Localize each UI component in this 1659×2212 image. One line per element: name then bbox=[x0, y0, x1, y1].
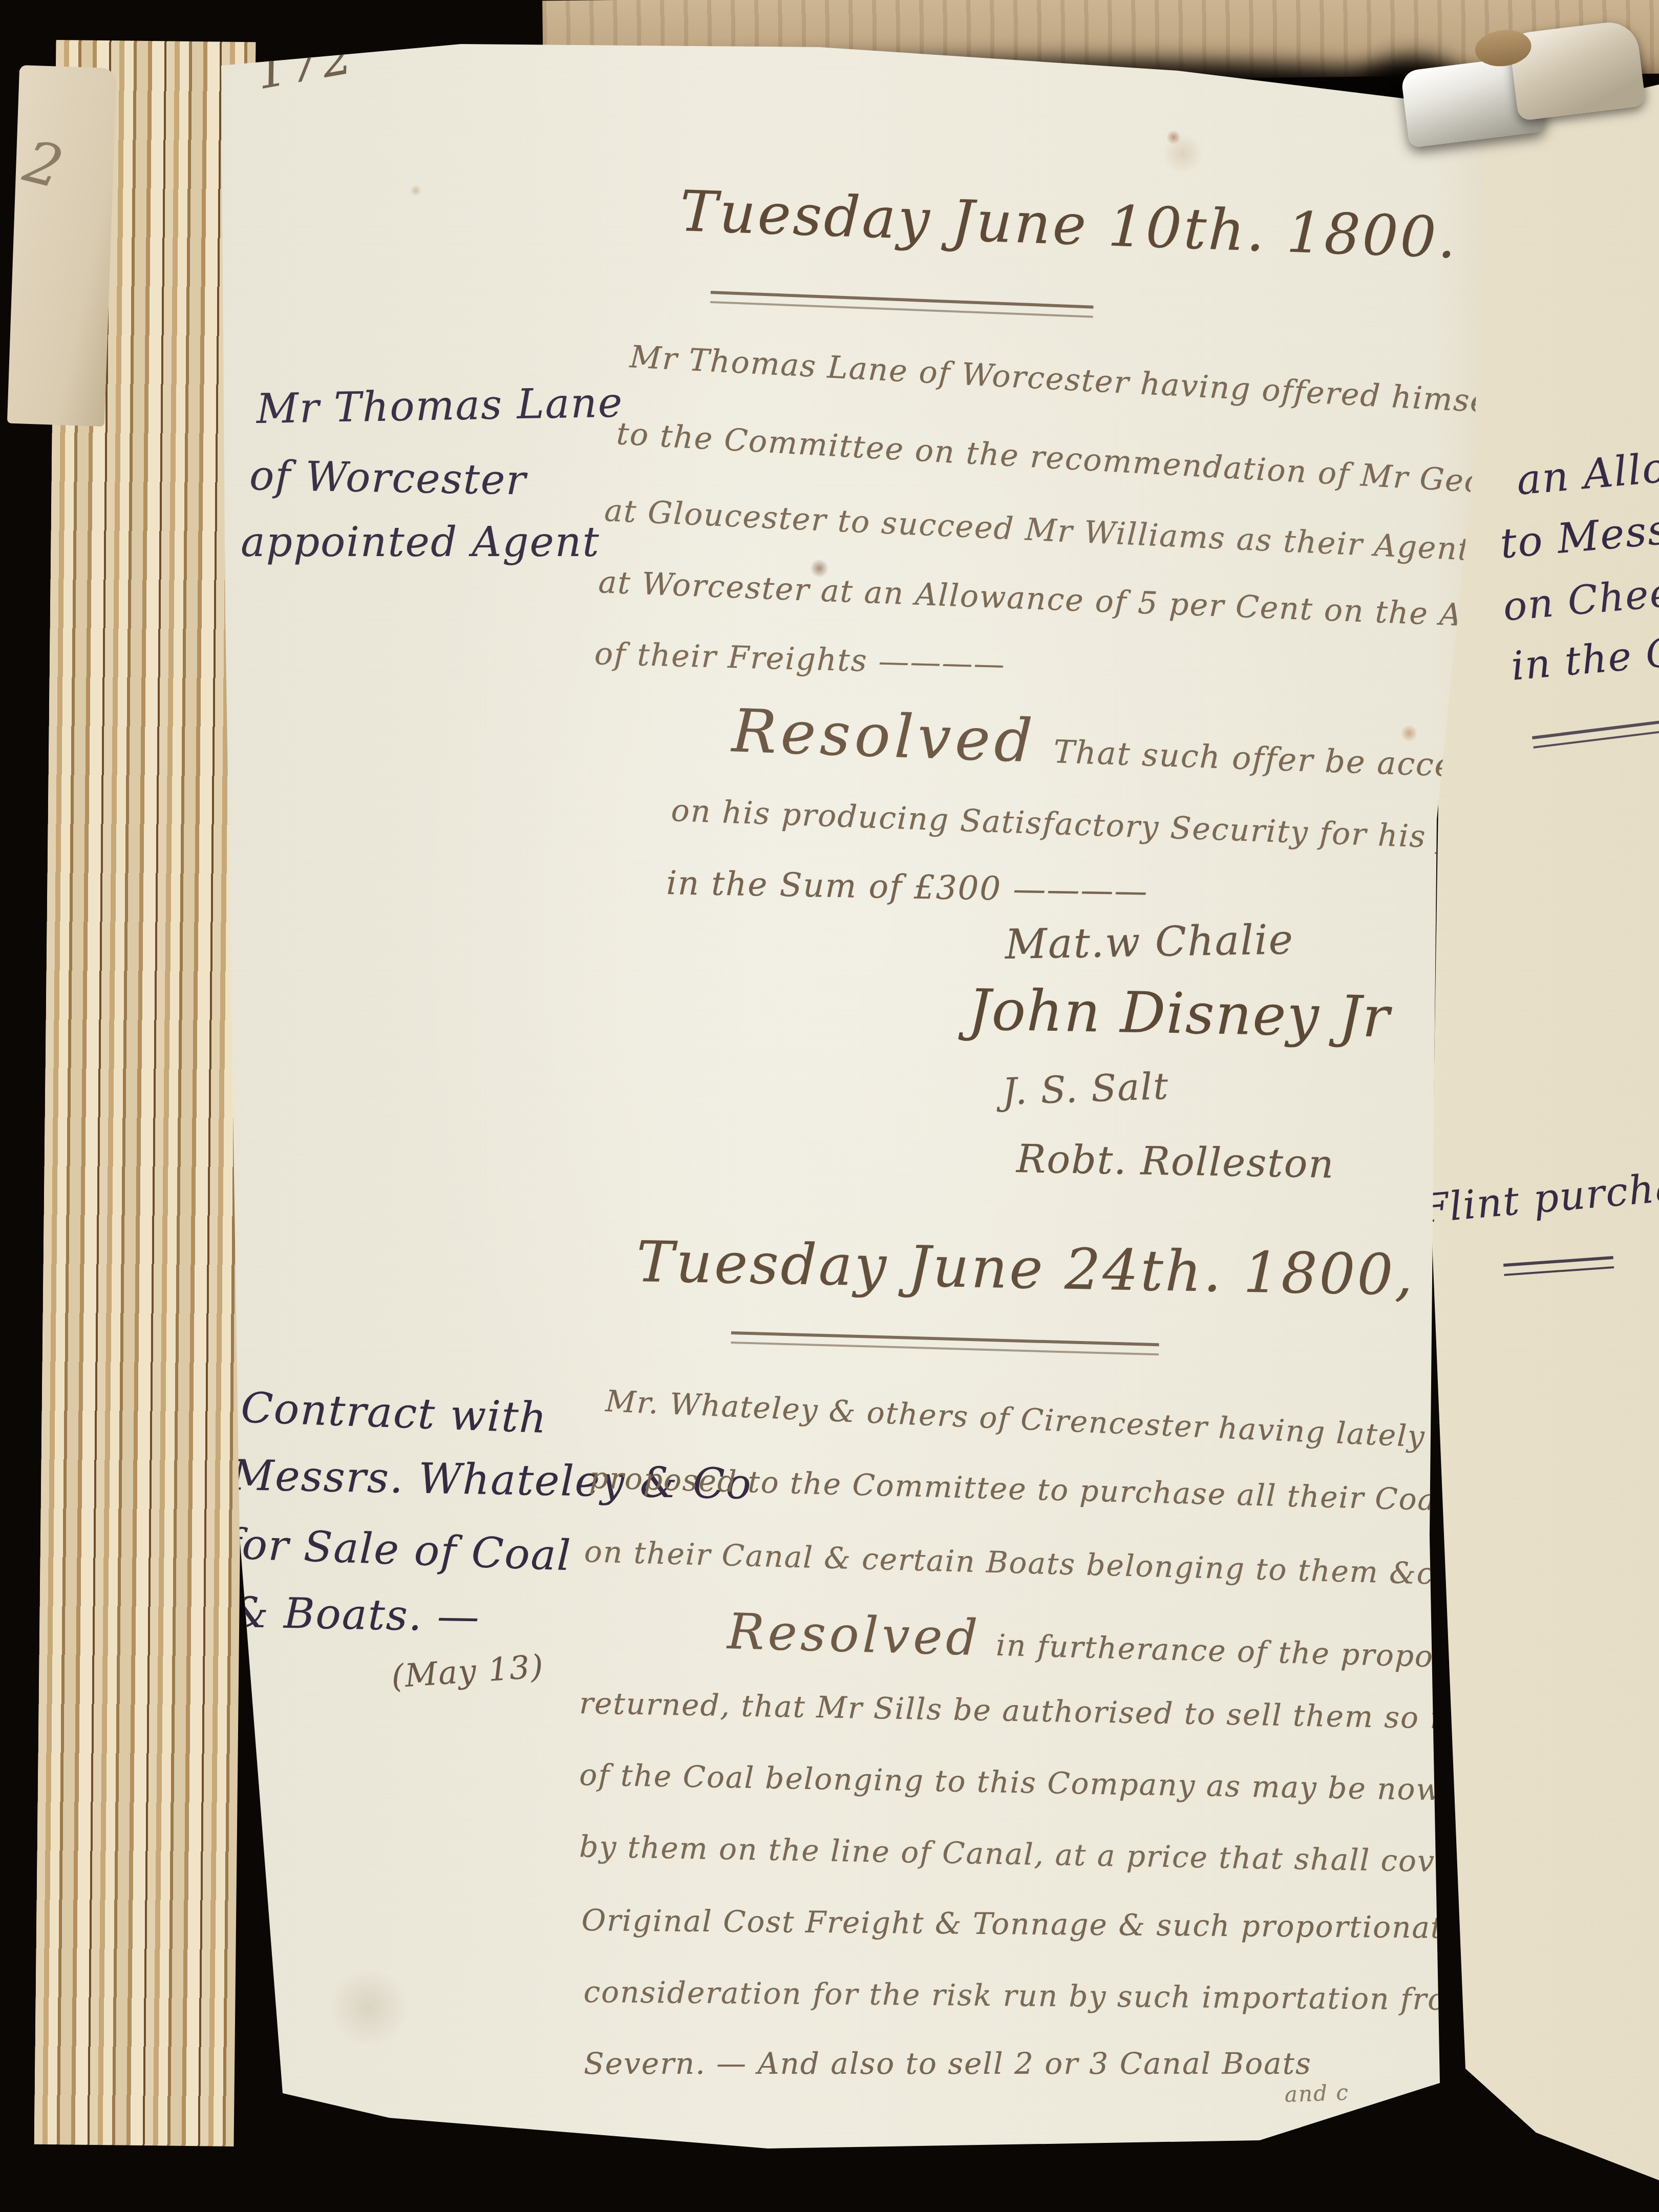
entry1-heading: Tuesday June 10th. 1800. bbox=[679, 178, 1459, 271]
right-note-underline bbox=[1503, 1256, 1614, 1276]
entry2-margin-date: (May 13) bbox=[390, 1647, 545, 1695]
signature: Robt. Rolleston bbox=[1016, 1136, 1335, 1187]
entry1-body-line: at Worcester at an Allowance of 5 per Ce… bbox=[598, 564, 1568, 637]
entry1-heading-rule bbox=[710, 291, 1093, 318]
entry2-body-line: of the Coal belonging to this Company as… bbox=[579, 1757, 1599, 1810]
entry1-body-line: of their Freights ———— bbox=[594, 636, 1006, 683]
entry1-resolved-line3: in the Sum of £300 ———— bbox=[666, 864, 1148, 910]
metal-clip-back bbox=[1508, 19, 1646, 121]
entry2-body-line: proposed to the Committee to purchase al… bbox=[589, 1460, 1447, 1518]
entry2-body-line: returned, that Mr Sills be authorised to… bbox=[579, 1686, 1518, 1737]
folio-number: 172 bbox=[252, 29, 359, 100]
entry2-body-line: Severn. — And also to sell 2 or 3 Canal … bbox=[584, 2046, 1312, 2081]
signature: Mat.w Chalie bbox=[1005, 916, 1294, 968]
entry2-body-line: consideration for the risk run by such i… bbox=[583, 1974, 1476, 2017]
right-note-underline bbox=[1532, 720, 1659, 749]
entry1-resolved-keyword: Resolved bbox=[731, 696, 1037, 776]
entry1-body-line: Mr Thomas Lane of Worcester having offer… bbox=[629, 339, 1513, 421]
signature: John Disney Jr bbox=[968, 977, 1391, 1050]
entry2-body-line: by them on the line of Canal, at a price… bbox=[579, 1829, 1532, 1880]
entry2-body-line: Original Cost Freight & Tonnage & such p… bbox=[581, 1903, 1462, 1945]
entry1-resolved-line2: on his producing Satisfactory Security f… bbox=[671, 793, 1555, 859]
entry2-margin-line: for Sale of Coal bbox=[225, 1520, 572, 1581]
minute-book-photo: 2 an Allowance to Messrs. Cuff & on Chee… bbox=[0, 0, 1659, 2212]
entry2-heading-rule bbox=[731, 1331, 1159, 1355]
entry1-margin-line: of Worcester bbox=[249, 452, 527, 504]
right-margin-note-line: an Allowance bbox=[1515, 432, 1659, 504]
folded-page-corner bbox=[7, 65, 117, 427]
entry2-heading: Tuesday June 24th. 1800, bbox=[636, 1229, 1416, 1308]
entry2-margin-line: & Boats. — bbox=[230, 1588, 480, 1641]
entry2-body-line: Mr. Whateley & others of Cirencester hav… bbox=[605, 1384, 1426, 1454]
entry1-margin-line: appointed Agent bbox=[241, 518, 600, 566]
entry2-margin-line: Contract with bbox=[240, 1384, 548, 1443]
entry1-margin-line: Mr Thomas Lane bbox=[256, 378, 624, 432]
entry2-resolved-keyword: Resolved bbox=[727, 1603, 982, 1667]
catchword: and c bbox=[1284, 2080, 1349, 2107]
entry2-resolved-line: Resolvedin furtherance of the propositio… bbox=[727, 1603, 1540, 1681]
entry2-body-line: on their Canal & certain Boats belonging… bbox=[584, 1534, 1435, 1591]
signature: J. S. Salt bbox=[1002, 1065, 1170, 1113]
right-margin-note-flint: Flint purchased bbox=[1419, 1158, 1659, 1232]
entry1-resolved-line: ResolvedThat such offer be accepted bbox=[731, 696, 1532, 793]
left-page: 172 Tuesday June 10th. 1800. Mr Thomas L… bbox=[0, 0, 1659, 2212]
entry1-body-line: at Gloucester to succeed Mr Williams as … bbox=[604, 493, 1472, 568]
